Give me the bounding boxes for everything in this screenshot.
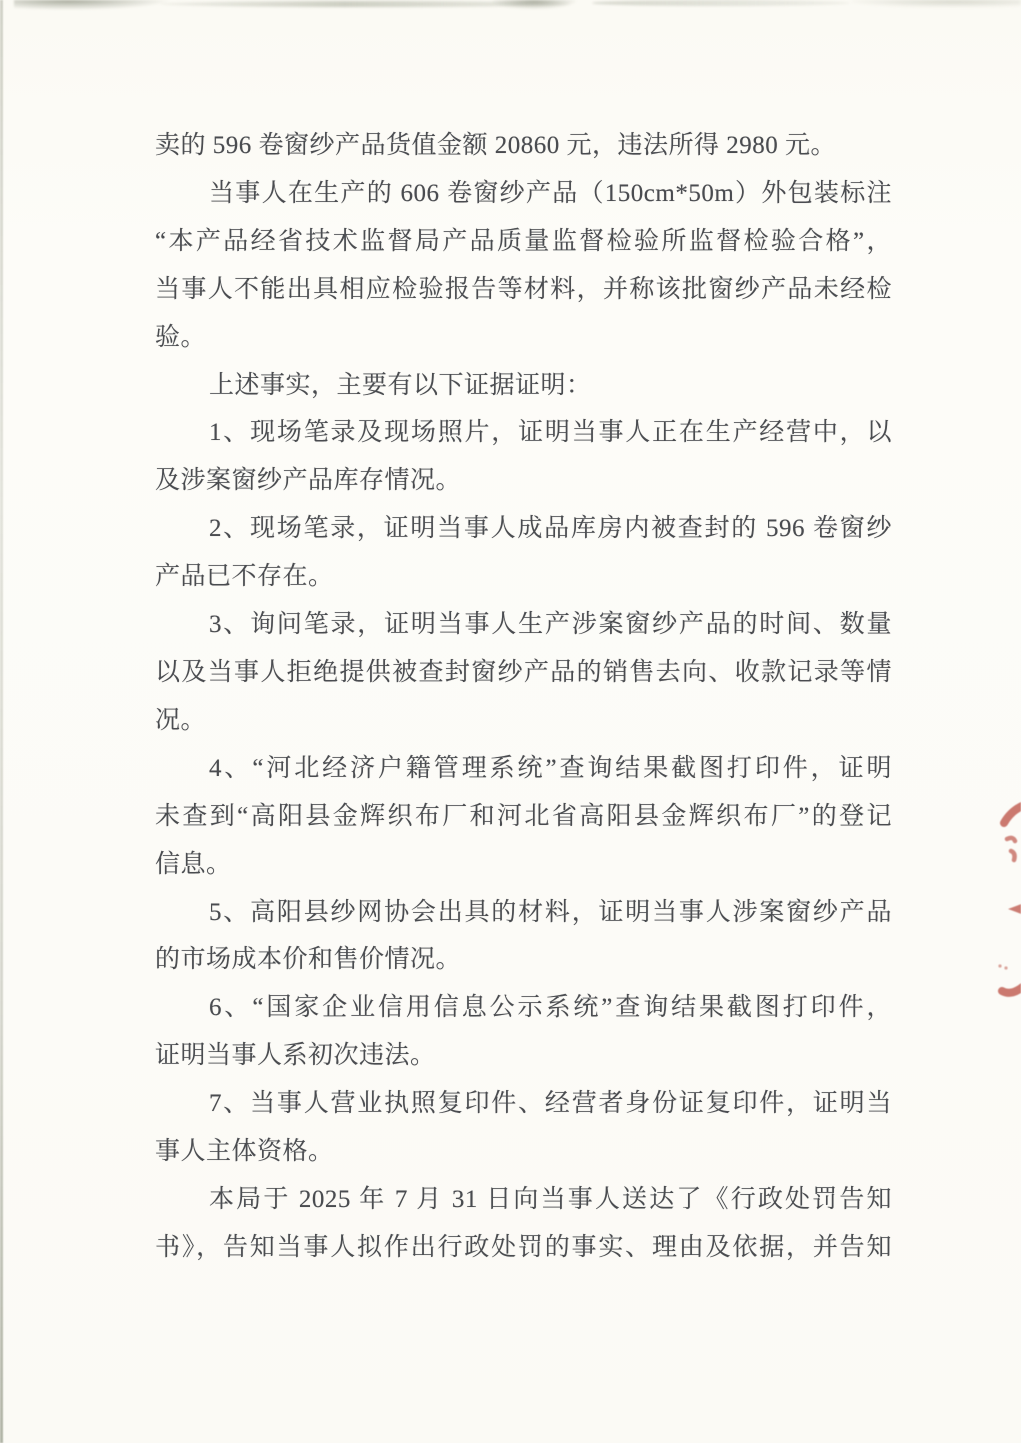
text-line: 证明当事人系初次违法。 — [155, 1032, 892, 1080]
text-line: 5、高阳县纱网协会出具的材料，证明当事人涉案窗纱产品 — [155, 889, 892, 937]
scan-artifact-top-smudge — [160, 1, 570, 7]
document-body-text: 卖的 596 卷窗纱产品货值金额 20860 元，违法所得 2980 元。当事人… — [155, 122, 892, 1272]
scan-artifact-top-smudge — [592, 0, 850, 6]
scan-artifact-top-smudge — [852, 0, 1021, 7]
text-line: 的市场成本价和售价情况。 — [155, 936, 892, 984]
official-seal-fragment — [981, 795, 1021, 1005]
scan-artifact-top-smudge — [14, 0, 169, 10]
seal-rim-arc-bottom — [1002, 983, 1021, 993]
text-line: 信息。 — [155, 841, 892, 889]
text-line: 6、“国家企业信用信息公示系统”查询结果截图打印件， — [155, 984, 892, 1032]
text-line: 1、现场笔录及现场照片，证明当事人正在生产经营中，以 — [155, 409, 892, 457]
seal-star-icon — [1008, 881, 1021, 938]
text-line: 以及当事人拒绝提供被查封窗纱产品的销售去向、收款记录等情 — [155, 649, 892, 697]
text-line: 当事人不能出具相应检验报告等材料，并称该批窗纱产品未经检 — [155, 266, 892, 314]
text-line: 卖的 596 卷窗纱产品货值金额 20860 元，违法所得 2980 元。 — [155, 122, 892, 170]
seal-character-mark — [1007, 838, 1015, 841]
text-line: “本产品经省技术监督局产品质量监督检验所监督检验合格”， — [155, 218, 892, 266]
text-line: 本局于 2025 年 7 月 31 日向当事人送达了《行政处罚告知 — [155, 1176, 892, 1224]
text-line: 3、询问笔录，证明当事人生产涉案窗纱产品的时间、数量 — [155, 601, 892, 649]
text-line: 验。 — [155, 314, 892, 362]
text-line: 及涉案窗纱产品库存情况。 — [155, 457, 892, 505]
seal-rim-arc-top — [1004, 804, 1021, 823]
text-line: 产品已不存在。 — [155, 553, 892, 601]
text-line: 4、“河北经济户籍管理系统”查询结果截图打印件，证明 — [155, 745, 892, 793]
text-line: 当事人在生产的 606 卷窗纱产品（150cm*50m）外包装标注 — [155, 170, 892, 218]
text-line: 2、现场笔录，证明当事人成品库房内被查封的 596 卷窗纱 — [155, 505, 892, 553]
text-line: 未查到“高阳县金辉织布厂和河北省高阳县金辉织布厂”的登记 — [155, 793, 892, 841]
seal-character-mark — [1011, 851, 1015, 860]
text-line: 事人主体资格。 — [155, 1128, 892, 1176]
text-line: 7、当事人营业执照复印件、经营者身份证复印件，证明当 — [155, 1080, 892, 1128]
text-line: 书》，告知当事人拟作出行政处罚的事实、理由及依据，并告知 — [155, 1224, 892, 1272]
text-line: 上述事实，主要有以下证据证明： — [155, 362, 892, 410]
scan-artifact-left-edge — [0, 0, 3, 1443]
scanned-document-page: 卖的 596 卷窗纱产品货值金额 20860 元，违法所得 2980 元。当事人… — [0, 0, 1021, 1443]
text-line: 况。 — [155, 697, 892, 745]
scan-artifact-top-smudge — [492, 0, 576, 9]
seal-character-mark — [998, 964, 1001, 967]
seal-character-mark — [1004, 966, 1007, 969]
